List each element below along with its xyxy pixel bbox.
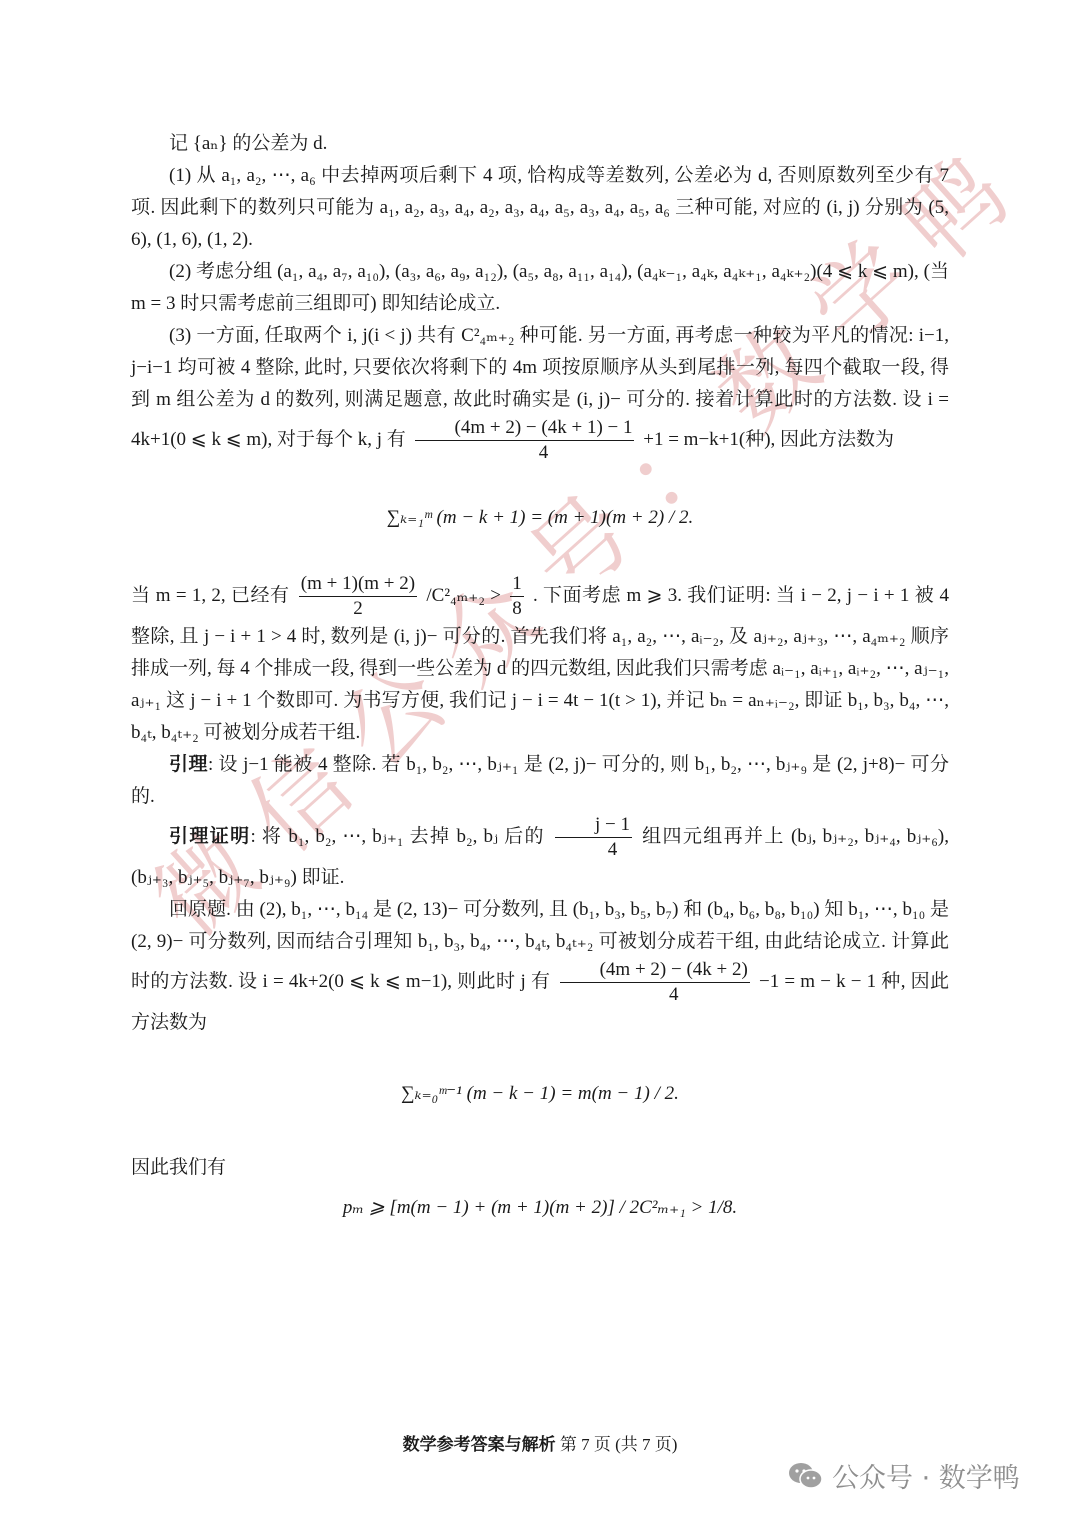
part-3-tail: +1 = m−k+1(种), 因此方法数为 — [643, 429, 894, 450]
footer-title: 数学参考答案与解析 — [403, 1435, 556, 1454]
fraction-numerator: (4m + 2) − (4k + 2) — [560, 958, 750, 983]
paragraph-lemma-proof: 引理证明: 将 b₁, b₂, ⋯, bⱼ₊₁ 去掉 b₂, bⱼ 后的 j −… — [131, 813, 949, 894]
brand-tag: 公众号 · 数学鸭 — [788, 1456, 1020, 1495]
solution-body: 记 {aₙ} 的公差为 d. (1) 从 a₁, a₂, ⋯, a₆ 中去掉两项… — [131, 128, 949, 465]
fraction-denominator: 4 — [555, 838, 632, 862]
fraction-count-3: (4m + 2) − (4k + 2) 4 — [560, 958, 750, 1007]
lemma-label: 引理 — [169, 754, 208, 775]
fraction-count-1: (4m + 2) − (4k + 1) − 1 4 — [415, 416, 635, 465]
fraction-denominator: 2 — [299, 597, 417, 621]
fraction-denominator: 8 — [510, 597, 524, 621]
fraction-denominator: 4 — [560, 983, 750, 1007]
fraction-numerator: (m + 1)(m + 2) — [299, 572, 417, 597]
fraction-denominator: 4 — [415, 441, 635, 465]
solution-body-2: 当 m = 1, 2, 已经有 (m + 1)(m + 2) 2 /C²₄ₘ₊₂… — [131, 572, 949, 1039]
lemma-proof-label: 引理证明 — [169, 826, 251, 847]
paragraph-part-3: (3) 一方面, 任取两个 i, j(i < j) 共有 C²₄ₘ₊₂ 种可能.… — [131, 320, 949, 465]
lemma-text: : 设 j−1 能被 4 整除. 若 b₁, b₂, ⋯, bⱼ₊₁ 是 (2,… — [131, 754, 949, 807]
conclusion-intro: 因此我们有 — [131, 1152, 949, 1184]
text-segment: /C²₄ₘ₊₂ > — [426, 585, 501, 606]
fraction-numerator: 1 — [510, 572, 524, 597]
footer-page-info: 第 7 页 (共 7 页) — [560, 1435, 678, 1454]
fraction-groups: j − 1 4 — [555, 813, 632, 862]
text-segment: : 将 b₁, b₂, ⋯, bⱼ₊₁ 去掉 b₂, bⱼ 后的 — [251, 826, 545, 847]
fraction-numerator: j − 1 — [555, 813, 632, 838]
fraction-count-2: (m + 1)(m + 2) 2 — [299, 572, 417, 621]
fraction-one-eighth: 1 8 — [510, 572, 524, 621]
equation-final-bound: pₘ ⩾ [m(m − 1) + (m + 1)(m + 2)] / 2C²ₘ₊… — [0, 1196, 1080, 1219]
fraction-numerator: (4m + 2) − (4k + 1) − 1 — [415, 416, 635, 441]
equation-sum-1: ∑ₖ₌₁ᵐ (m − k + 1) = (m + 1)(m + 2) / 2. — [0, 506, 1080, 529]
text-segment: 当 m = 1, 2, 已经有 — [131, 585, 290, 606]
wechat-icon — [788, 1461, 824, 1491]
equation-sum-2: ∑ₖ₌₀ᵐ⁻¹ (m − k − 1) = m(m − 1) / 2. — [0, 1082, 1080, 1105]
paragraph-general-case: 当 m = 1, 2, 已经有 (m + 1)(m + 2) 2 /C²₄ₘ₊₂… — [131, 572, 949, 749]
paragraph-part-1: (1) 从 a₁, a₂, ⋯, a₆ 中去掉两项后剩下 4 项, 恰构成等差数… — [131, 160, 949, 256]
paragraph-lemma: 引理: 设 j−1 能被 4 整除. 若 b₁, b₂, ⋯, bⱼ₊₁ 是 (… — [131, 749, 949, 813]
brand-text: 公众号 · 数学鸭 — [832, 1456, 1020, 1495]
paragraph-intro: 记 {aₙ} 的公差为 d. — [131, 128, 949, 160]
document-page: 微信公众号：数学鸭 记 {aₙ} 的公差为 d. (1) 从 a₁, a₂, ⋯… — [0, 0, 1080, 1528]
page-footer: 数学参考答案与解析 第 7 页 (共 7 页) — [0, 1430, 1080, 1455]
paragraph-back-to-problem: 回原题. 由 (2), b₁, ⋯, b₁₄ 是 (2, 13)− 可分数列, … — [131, 894, 949, 1039]
text-segment: . 下面考虑 m ⩾ 3. 我们证明: 当 i − 2, j − i + 1 被… — [131, 585, 949, 743]
paragraph-part-2: (2) 考虑分组 (a₁, a₄, a₇, a₁₀), (a₃, a₆, a₉,… — [131, 256, 949, 320]
